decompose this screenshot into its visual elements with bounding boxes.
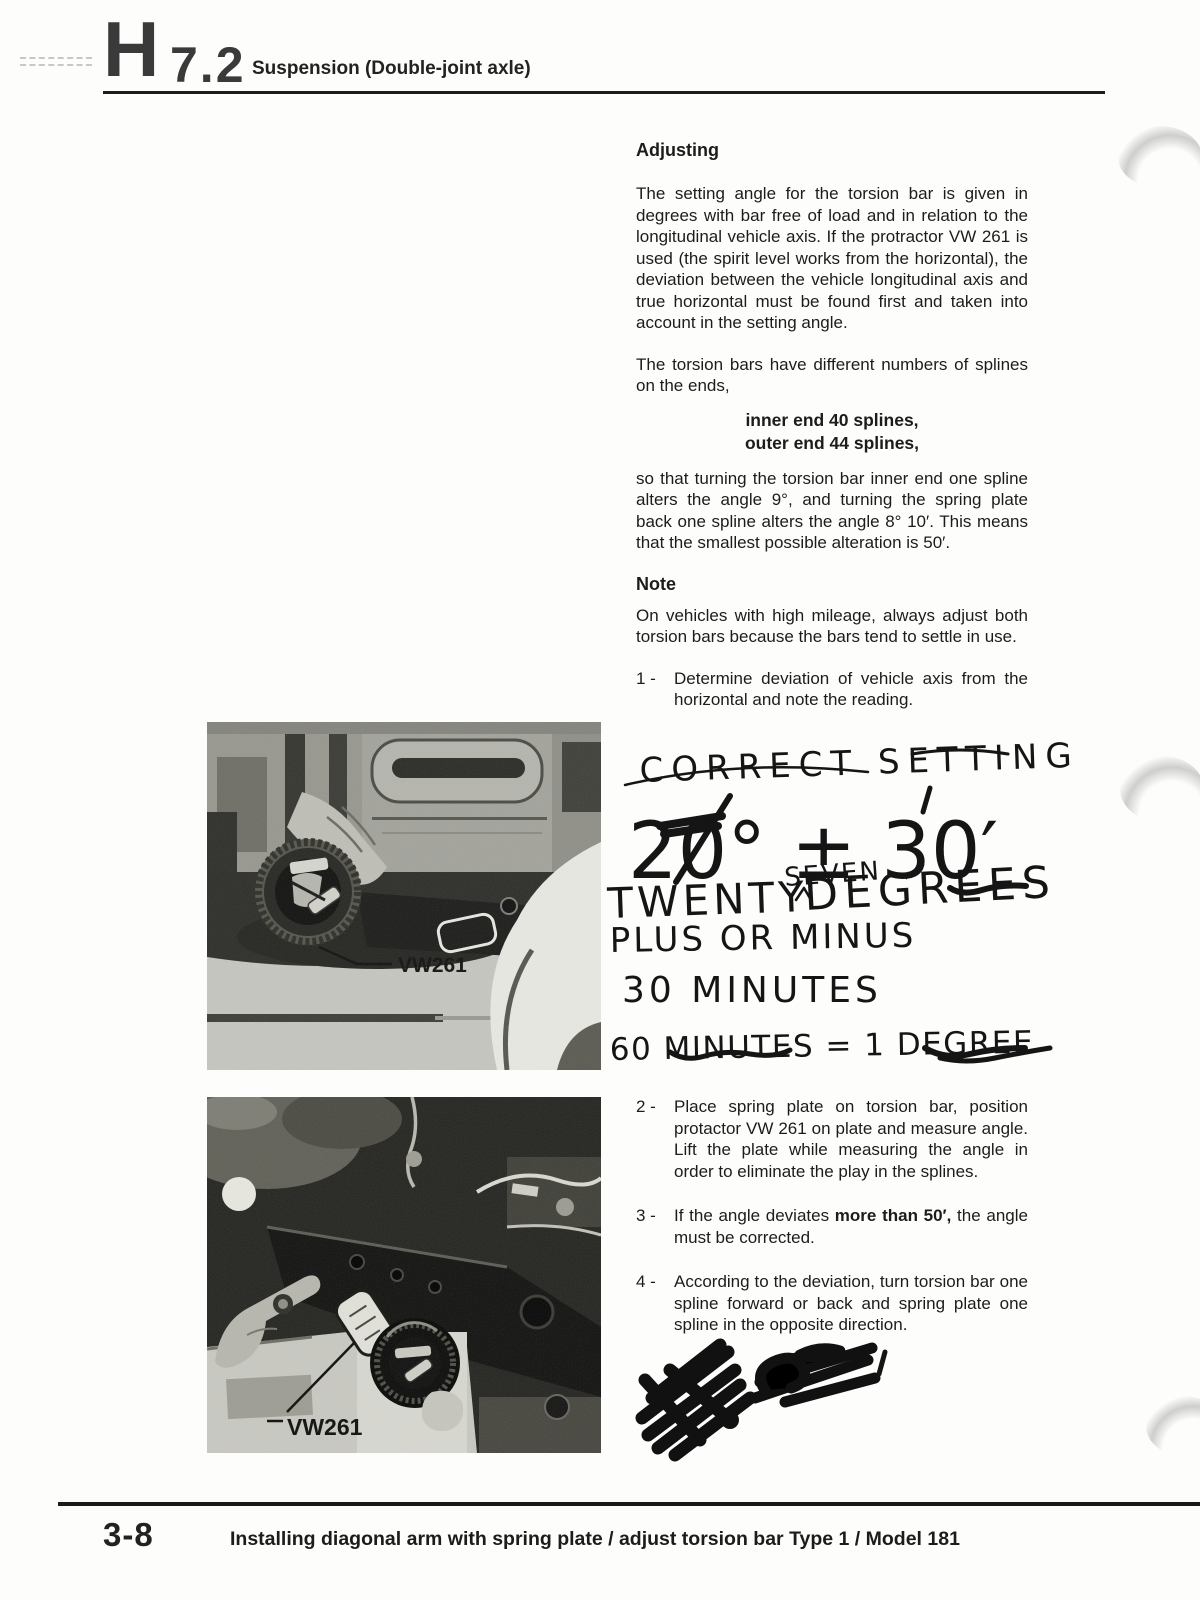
handwriting-scribble-blobs (642, 1345, 885, 1455)
handwriting-correct-setting: CORRECT SETTING (639, 736, 1081, 791)
step-4-marker: 4 - (636, 1271, 674, 1336)
footer-rule (58, 1502, 1200, 1506)
text-column-upper: Adjusting The setting angle for the tors… (636, 140, 1028, 734)
step-3: 3 - If the angle deviates more than 50′,… (636, 1205, 1028, 1248)
step-2-text: Place spring plate on torsion bar, posit… (674, 1096, 1028, 1182)
step-4: 4 - According to the deviation, turn tor… (636, 1271, 1028, 1336)
note-heading: Note (636, 574, 1028, 595)
adjusting-heading: Adjusting (636, 140, 1028, 161)
handwriting-zero-slash (676, 796, 730, 882)
scan-artifact-dashes (20, 57, 92, 71)
footer-caption: Installing diagonal arm with spring plat… (230, 1528, 960, 1551)
scan-artifact-crescent (1118, 126, 1200, 188)
section-code-letter: H (103, 10, 159, 88)
splines-spec: inner end 40 splines, outer end 44 splin… (636, 409, 1028, 455)
handwriting-value: 20° ± 30′ (628, 807, 998, 897)
figure-photo-protractor-side: VW261 (207, 722, 601, 1075)
scan-artifact-crescent (1146, 1396, 1200, 1456)
section-code-number: 7.2 (170, 40, 246, 90)
splines-outer-line: outer end 44 splines, (636, 432, 1028, 455)
handwriting-degrees: DEGREES (803, 857, 1057, 921)
handwriting-twenty: TWENTY (606, 872, 809, 928)
step-2-marker: 2 - (636, 1096, 674, 1182)
paragraph-splines-intro: The torsion bars have different numbers … (636, 354, 1028, 397)
handwriting-seven-insert: SEVEN (783, 856, 881, 893)
step-3-marker: 3 - (636, 1205, 674, 1248)
paragraph-spline-angles: so that turning the torsion bar inner en… (636, 468, 1028, 554)
handwriting-plus-or-minus: PLUS OR MINUS (609, 916, 916, 961)
manual-page: H 7.2 Suspension (Double-joint axle) Adj… (0, 0, 1200, 1600)
handwriting-conversion: 60 MINUTES = 1 DEGREE (610, 1025, 1035, 1068)
step-3-text: If the angle deviates more than 50′, the… (674, 1205, 1028, 1248)
step-2: 2 - Place spring plate on torsion bar, p… (636, 1096, 1028, 1182)
step-1: 1 - Determine deviation of vehicle axis … (636, 668, 1028, 711)
text-column-lower: 2 - Place spring plate on torsion bar, p… (636, 1096, 1028, 1359)
figure-photo-protractor-under: VW261 (207, 1097, 601, 1458)
note-text: On vehicles with high mileage, always ad… (636, 605, 1028, 648)
paragraph-setting-angle: The setting angle for the torsion bar is… (636, 183, 1028, 334)
handwriting-thirty-minutes: 30 MINUTES (622, 970, 882, 1011)
page-number: 3-8 (103, 1516, 154, 1554)
splines-inner-line: inner end 40 splines, (636, 409, 1028, 432)
section-title: Suspension (Double-joint axle) (252, 58, 531, 80)
step-1-marker: 1 - (636, 668, 674, 711)
scan-artifact-crescent (1120, 756, 1200, 822)
header-rule (103, 91, 1105, 94)
step-1-text: Determine deviation of vehicle axis from… (674, 668, 1028, 711)
step-4-text: According to the deviation, turn torsion… (674, 1271, 1028, 1336)
